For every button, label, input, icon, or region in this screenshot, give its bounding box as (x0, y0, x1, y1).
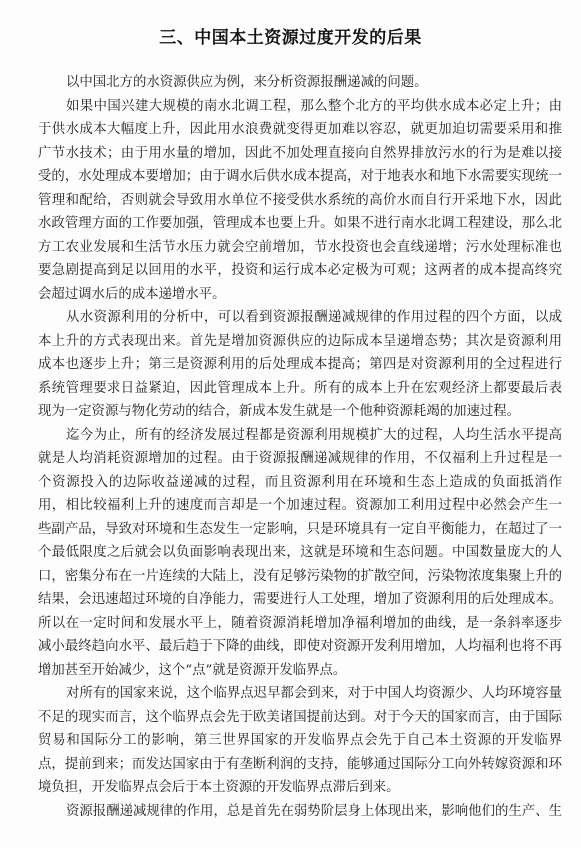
paragraph-2-line-7: 方工农业发展和生活节水压力就会空前增加，节水投资也会直线递增；污水处理标准也 (38, 236, 562, 260)
paragraph-4-line-11: 增加甚至开始减少，这个“点”就是资源开发临界点。 (38, 659, 562, 683)
paragraph-5-line-5: 境负担，开发临界点会后于本土资源的开发临界点滞后到来。 (38, 776, 562, 800)
book-page: 三、中国本土资源过度开发的后果 以中国北方的水资源供应为例，来分析资源报酬递减的… (0, 0, 581, 848)
paragraph-4-line-6: 个最低限度之后就会以负面影响表现出来，这就是环境和生态问题。中国数量庞大的人 (38, 541, 562, 565)
paragraph-2-line-5: 管理和配给，否则就会导致用水单位不接受供水系统的高价水而自行开采地下水，因此 (38, 189, 562, 213)
paragraph-4-line-3: 个资源投入的边际收益递减的过程，而且资源利用在环境和生态上造成的负面抵消作 (38, 471, 562, 495)
paragraph-5-line-3: 贸易和国际分工的影响，第三世界国家的开发临界点会先于自己本土资源的开发临界 (38, 729, 562, 753)
paragraph-4-line-7: 口，密集分布在一片连续的大陆上，没有足够污染物的扩散空间，污染物浓度集聚上升的 (38, 565, 562, 589)
paragraph-5-line-1: 对所有的国家来说，这个临界点迟早都会到来，对于中国人均资源少、人均环境容量 (38, 682, 562, 706)
paragraph-2-line-3: 广节水技术；由于用水量的增加，因此不加处理直接向自然界排放污水的行为是难以接 (38, 142, 562, 166)
paragraph-4-line-10: 减小最终趋向水平、最后趋于下降的曲线，即使对资源开发利用增加，人均福利也将不再 (38, 635, 562, 659)
paragraph-4-line-2: 就是人均消耗资源增加的过程。由于资源报酬递减规律的作用，不仅福利上升过程是一 (38, 447, 562, 471)
paragraph-3-line-3: 成本也逐步上升；第三是资源利用的后处理成本提高；第四是对资源利用的全过程进行 (38, 353, 562, 377)
paragraph-4-line-1: 迄今为止，所有的经济发展过程都是资源利用规模扩大的过程，人均生活水平提高 (38, 424, 562, 448)
paragraph-2-line-1: 如果中国兴建大规模的南水北调工程，那么整个北方的平均供水成本必定上升；由 (38, 95, 562, 119)
paragraph-4-line-5: 些副产品，导致对环境和生态发生一定影响，只是环境具有一定自平衡能力，在超过了一 (38, 518, 562, 542)
paragraph-4-line-9: 所以在一定时间和发展水平上，随着资源消耗增加净福利增加的曲线，是一条斜率逐步 (38, 612, 562, 636)
paragraph-2-line-9: 会超过调水后的成本递增水平。 (38, 283, 562, 307)
paragraph-3-line-5: 现为一定资源与物化劳动的结合，新成本发生就是一个他种资源耗竭的加速过程。 (38, 400, 562, 424)
paragraph-5-line-4: 点，提前到来；而发达国家由于有垄断利润的支持，能够通过国际分工向外转嫁资源和环 (38, 753, 562, 777)
paragraph-2-line-2: 于供水成本大幅度上升，因此用水浪费就变得更加难以容忍，就更加迫切需要采用和推 (38, 118, 562, 142)
paragraph-6-line-1: 资源报酬递减规律的作用，总是首先在弱势阶层身上体现出来，影响他们的生产、生 (38, 800, 562, 824)
paragraph-3-line-2: 本上升的方式表现出来。首先是增加资源供应的边际成本呈递增态势；其次是资源利用 (38, 330, 562, 354)
paragraph-3-line-1: 从水资源利用的分析中，可以看到资源报酬递减规律的作用过程的四个方面，以成 (38, 306, 562, 330)
paragraph-4-line-4: 用，相比较福利上升的速度而言却是一个加速过程。资源加工利用过程中必然会产生一 (38, 494, 562, 518)
paragraph-5-line-2: 不足的现实而言，这个临界点会先于欧美诸国提前达到。对于今天的国家而言，由于国际 (38, 706, 562, 730)
paragraph-4-line-8: 结果，会迅速超过环境的自净能力，需要进行人工处理，增加了资源利用的后处理成本。 (38, 588, 562, 612)
body-text: 以中国北方的水资源供应为例，来分析资源报酬递减的问题。 如果中国兴建大规模的南水… (38, 71, 562, 823)
paragraph-3-line-4: 系统管理要求日益紧迫，因此管理成本上升。所有的成本上升在宏观经济上都要最后表 (38, 377, 562, 401)
paragraph-1-line-1: 以中国北方的水资源供应为例，来分析资源报酬递减的问题。 (38, 71, 562, 95)
section-title: 三、中国本土资源过度开发的后果 (0, 26, 581, 50)
paragraph-2-line-6: 水政管理方面的工作要加强，管理成本也要上升。如果不进行南水北调工程建设，那么北 (38, 212, 562, 236)
paragraph-2-line-8: 要急剧提高到足以回用的水平，投资和运行成本必定极为可观；这两者的成本提高终究 (38, 259, 562, 283)
paragraph-2-line-4: 受的，水处理成本要增加；由于调水后供水成本提高，对于地表水和地下水需要实现统一 (38, 165, 562, 189)
